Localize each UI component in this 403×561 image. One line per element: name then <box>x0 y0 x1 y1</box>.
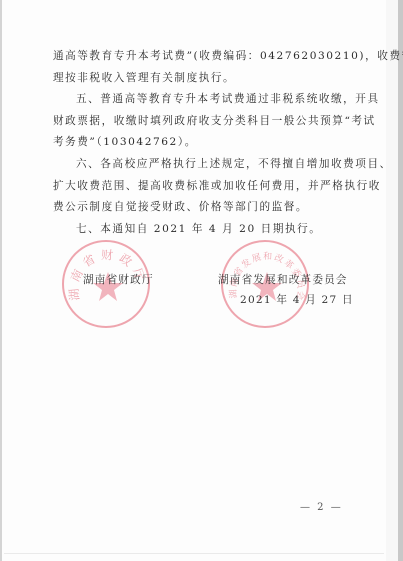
paragraph-line: 理按非税收入管理有关制度执行。 <box>53 68 345 90</box>
paragraph-line: 六、各高校应严格执行上述规定，不得擅自增加收费项目、 <box>53 154 345 176</box>
paragraph-line: 五、普通高等教育专升本考试费通过非税系统收缴，开具 <box>53 89 345 111</box>
left-signatory: 湖南省财政厅 <box>83 272 154 287</box>
paragraph-line: 财政票据，收缴时填列政府收支分类科目一般公共预算“考试 <box>53 111 345 133</box>
paragraph-line: 扩大收费范围、提高收费标准或加收任何费用，并严格执行收 <box>53 176 345 198</box>
paragraph-line: 七、本通知自 2021 年 4 月 20 日期执行。 <box>53 219 345 241</box>
page-right-margin <box>386 0 398 561</box>
page-left-edge <box>0 0 2 561</box>
right-signatory: 湖南省发展和改革委员会 <box>218 272 348 287</box>
viewer-scrollbar[interactable] <box>398 0 403 561</box>
paragraph-line: 考务费”（103042762）。 <box>53 132 345 154</box>
document-body: 通高等教育专升本考试费”(收费编码：042762030210)，收费管 理按非税… <box>53 46 345 240</box>
page-bottom-border <box>4 553 384 554</box>
issue-date: 2021 年 4 月 27 日 <box>240 292 354 307</box>
page-number: — 2 — <box>300 502 343 513</box>
paragraph-line: 通高等教育专升本考试费”(收费编码：042762030210)，收费管 <box>53 46 345 68</box>
paragraph-line: 费公示制度自觉接受财政、价格等部门的监督。 <box>53 197 345 219</box>
